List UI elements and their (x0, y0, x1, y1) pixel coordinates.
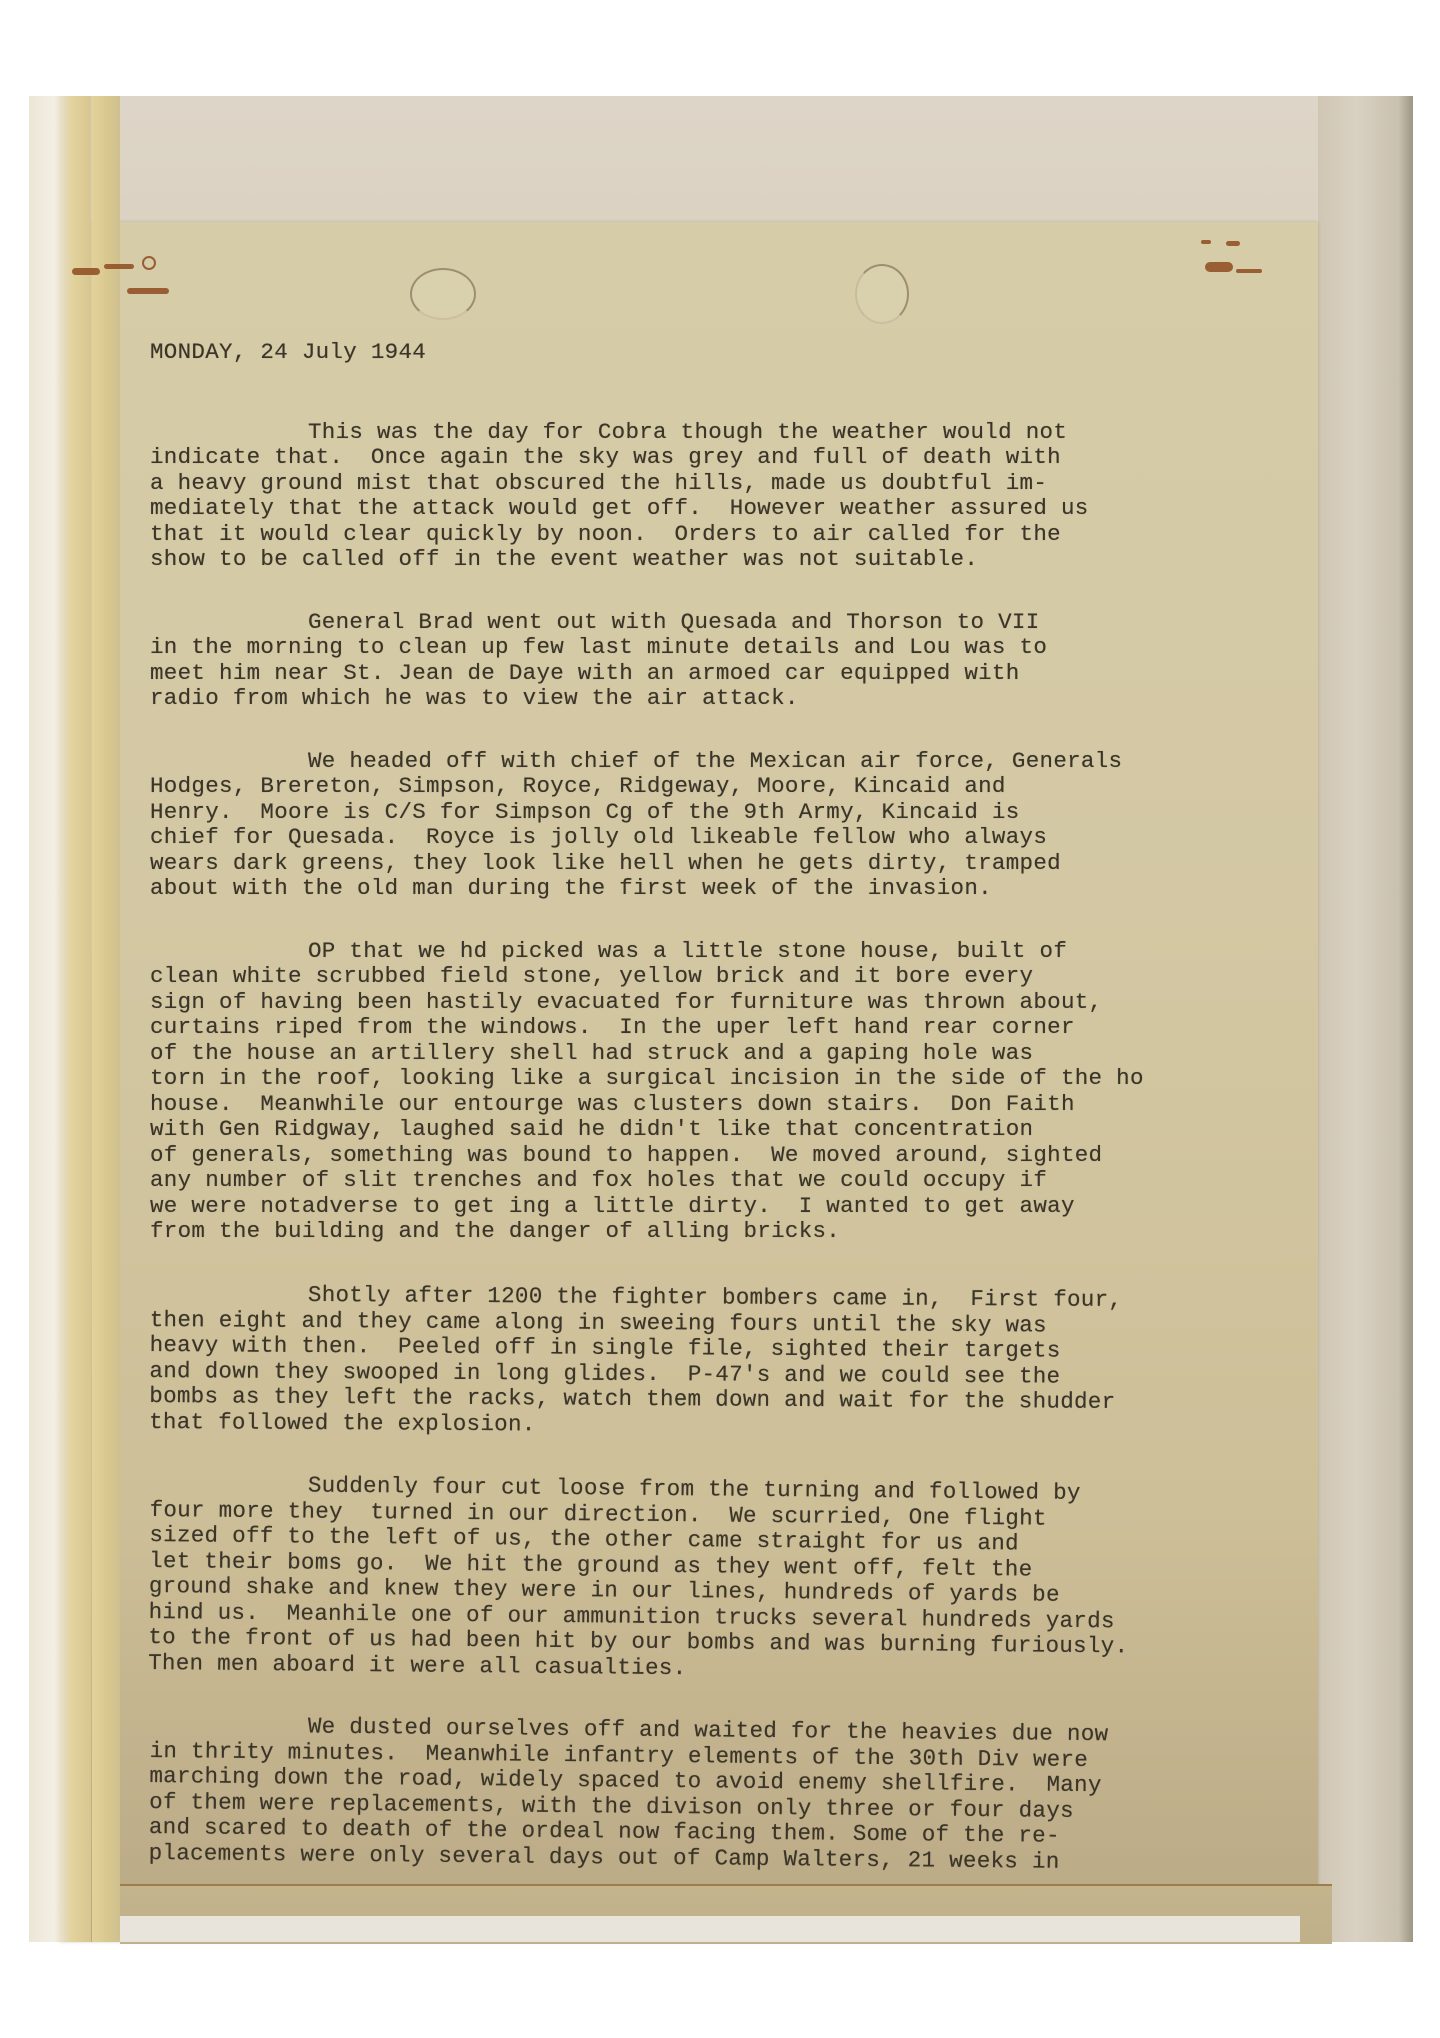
typed-line: indicate that. Once again the sky was gr… (150, 445, 1310, 471)
typed-line: General Brad went out with Quesada and T… (150, 610, 1310, 636)
paragraphs-container: This was the day for Cobra though the we… (150, 420, 1310, 1866)
typed-line: meet him near St. Jean de Daye with an a… (150, 661, 1310, 687)
punch-hole-icon (855, 264, 909, 324)
typed-line: torn in the roof, looking like a surgica… (150, 1066, 1310, 1092)
typed-line: we were notadverse to get ing a little d… (150, 1194, 1310, 1220)
paragraph: Suddenly four cut loose from the turning… (148, 1472, 1310, 1687)
backing-board-top (120, 96, 1318, 222)
typed-line: clean white scrubbed field stone, yellow… (150, 964, 1310, 990)
paragraph: OP that we hd picked was a little stone … (150, 939, 1310, 1245)
paragraph: We headed off with chief of the Mexican … (150, 749, 1310, 902)
typed-line: about with the old man during the first … (150, 876, 1310, 902)
punch-hole-icon (410, 268, 476, 320)
typed-line: with Gen Ridgway, laughed said he didn't… (150, 1117, 1310, 1143)
typed-line: chief for Quesada. Royce is jolly old li… (150, 825, 1310, 851)
binder-strip (29, 96, 91, 1942)
typed-line: mediately that the attack would get off.… (150, 496, 1310, 522)
lower-page-edge (120, 1916, 1300, 1942)
page-stack-right-edge (1318, 96, 1413, 1942)
typed-text-body: MONDAY, 24 July 1944 This was the day fo… (150, 340, 1310, 1903)
paragraph: This was the day for Cobra though the we… (150, 420, 1310, 573)
typed-line: radio from which he was to view the air … (150, 686, 1310, 712)
paragraph: We dusted ourselves off and waited for t… (149, 1713, 1310, 1877)
paragraph: General Brad went out with Quesada and T… (150, 610, 1310, 712)
typed-line: of the house an artillery shell had stru… (150, 1041, 1310, 1067)
paragraph: Shotly after 1200 the fighter bombers ca… (149, 1282, 1310, 1442)
typed-line: in the morning to clean up few last minu… (150, 635, 1310, 661)
page-stack-left-edge (92, 96, 120, 1942)
typed-line: from the building and the danger of alli… (150, 1219, 1310, 1245)
typed-line: This was the day for Cobra though the we… (150, 420, 1310, 446)
typed-line: curtains riped from the windows. In the … (150, 1015, 1310, 1041)
typed-line: sign of having been hastily evacuated fo… (150, 990, 1310, 1016)
typed-line: show to be called off in the event weath… (150, 547, 1310, 573)
date-heading: MONDAY, 24 July 1944 (150, 340, 1310, 366)
typed-line: Hodges, Brereton, Simpson, Royce, Ridgew… (150, 774, 1310, 800)
typed-line: OP that we hd picked was a little stone … (150, 939, 1310, 965)
typed-line: We headed off with chief of the Mexican … (150, 749, 1310, 775)
typed-line: any number of slit trenches and fox hole… (150, 1168, 1310, 1194)
typed-line: that it would clear quickly by noon. Ord… (150, 522, 1310, 548)
typed-line: wears dark greens, they look like hell w… (150, 851, 1310, 877)
typed-line: house. Meanwhile our entourge was cluste… (150, 1092, 1310, 1118)
typed-line: a heavy ground mist that obscured the hi… (150, 471, 1310, 497)
typed-line: Henry. Moore is C/S for Simpson Cg of th… (150, 800, 1310, 826)
typed-line: of generals, something was bound to happ… (150, 1143, 1310, 1169)
